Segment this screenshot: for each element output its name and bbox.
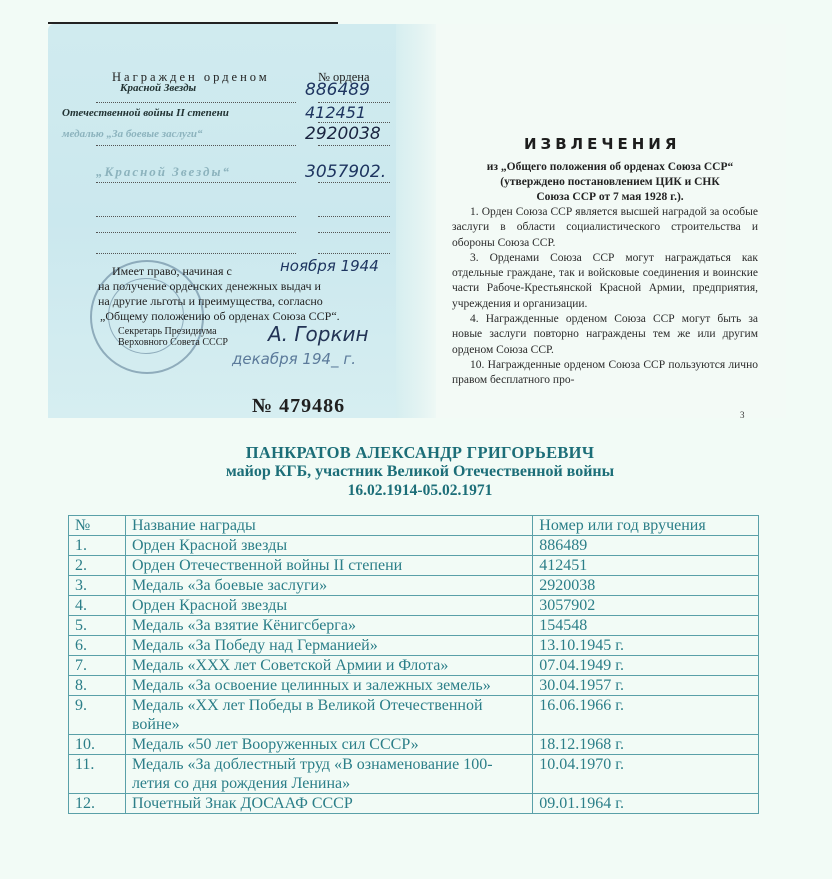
award-number-or-date: 30.04.1957 г. [533, 676, 759, 696]
issue-date-line: декабря 194_ г. [232, 350, 356, 368]
table-row: 12.Почетный Знак ДОСААФ СССР09.01.1964 г… [69, 794, 759, 814]
award-index: 9. [69, 696, 126, 735]
booklet-edge [48, 22, 338, 24]
award-index: 5. [69, 616, 126, 636]
award-index: 8. [69, 676, 126, 696]
entry-1-number: 886489 [305, 80, 370, 100]
header-number: № [69, 516, 126, 536]
table-header-row: № Название награды Номер или год вручени… [69, 516, 759, 536]
paragraph-4: 4. Награжденные орденом Союза ССР могут … [452, 312, 758, 358]
award-index: 11. [69, 755, 126, 794]
table-row: 5.Медаль «За взятие Кёнигсберга»154548 [69, 616, 759, 636]
award-name: Медаль «XXX лет Советской Армии и Флота» [125, 656, 532, 676]
table-row: 10.Медаль «50 лет Вооруженных сил СССР»1… [69, 735, 759, 755]
table-row: 7.Медаль «XXX лет Советской Армии и Флот… [69, 656, 759, 676]
table-row: 6.Медаль «За Победу над Германией»13.10.… [69, 636, 759, 656]
person-rank: майор КГБ, участник Великой Отечественно… [100, 462, 740, 481]
entry-3-name: медалью „За боевые заслуги“ [62, 128, 203, 140]
signer-line-1: Секретарь Президиума [118, 326, 217, 337]
award-number-or-date: 09.01.1964 г. [533, 794, 759, 814]
award-name: Медаль «За Победу над Германией» [125, 636, 532, 656]
award-number-or-date: 886489 [533, 536, 759, 556]
award-index: 4. [69, 596, 126, 616]
paragraph-10: 10. Награжденные орденом Союза ССР польз… [452, 358, 758, 389]
extract-body: 1. Орден Союза ССР является высшей награ… [452, 205, 758, 389]
award-name: Орден Красной звезды [125, 536, 532, 556]
booklet-spine [396, 24, 436, 418]
rights-date: ноября 1944 [280, 257, 379, 275]
subtitle-line-3: Союза ССР от 7 мая 1928 г.). [450, 190, 770, 205]
award-name: Почетный Знак ДОСААФ СССР [125, 794, 532, 814]
entry-3-number: 2920038 [305, 124, 381, 144]
award-name: Орден Красной звезды [125, 596, 532, 616]
award-index: 2. [69, 556, 126, 576]
table-row: 11.Медаль «За доблестный труд «В ознамен… [69, 755, 759, 794]
table-row: 9.Медаль «XX лет Победы в Великой Отечес… [69, 696, 759, 735]
signature: А. Горкин [268, 322, 369, 346]
header-award-name: Название награды [125, 516, 532, 536]
awards-table: № Название награды Номер или год вручени… [68, 515, 759, 814]
paragraph-3: 3. Орденами Союза ССР могут награждаться… [452, 251, 758, 312]
table-row: 2.Орден Отечественной войны II степени41… [69, 556, 759, 576]
award-index: 10. [69, 735, 126, 755]
award-name: Орден Отечественной войны II степени [125, 556, 532, 576]
award-name: Медаль «За освоение целинных и залежных … [125, 676, 532, 696]
person-dates: 16.02.1914-05.02.1971 [100, 481, 740, 500]
entry-1-name: Красной Звезды [120, 82, 196, 94]
entry-2-number: 412451 [305, 103, 366, 122]
document-number: № 479486 [252, 395, 345, 418]
paragraph-1: 1. Орден Союза ССР является высшей награ… [452, 205, 758, 251]
rights-text-2: на получение орденских денежных выдач и [98, 279, 321, 294]
subtitle-line-1: из „Общего положения об орденах Союза СС… [450, 160, 770, 175]
table-row: 1.Орден Красной звезды886489 [69, 536, 759, 556]
award-number-or-date: 07.04.1949 г. [533, 656, 759, 676]
rights-text-1: Имеет право, начиная с [112, 264, 232, 279]
subtitle-line-2: (утверждено постановлением ЦИК и СНК [450, 175, 770, 190]
award-number-or-date: 13.10.1945 г. [533, 636, 759, 656]
entry-4-number: 3057902. [305, 162, 386, 182]
award-name: Медаль «50 лет Вооруженных сил СССР» [125, 735, 532, 755]
award-index: 12. [69, 794, 126, 814]
award-number-or-date: 412451 [533, 556, 759, 576]
award-number-or-date: 154548 [533, 616, 759, 636]
award-number-or-date: 16.06.1966 г. [533, 696, 759, 735]
award-index: 1. [69, 536, 126, 556]
person-header: ПАНКРАТОВ АЛЕКСАНДР ГРИГОРЬЕВИЧ майор КГ… [100, 443, 740, 500]
award-number-or-date: 2920038 [533, 576, 759, 596]
award-name: Медаль «XX лет Победы в Великой Отечеств… [125, 696, 532, 735]
entry-2-name: Отечественной войны II степени [62, 107, 229, 119]
award-name: Медаль «За доблестный труд «В ознаменова… [125, 755, 532, 794]
signer-line-2: Верховного Совета СССР [118, 337, 228, 348]
award-name: Медаль «За взятие Кёнигсберга» [125, 616, 532, 636]
rights-text-3: на другие льготы и преимущества, согласн… [98, 294, 323, 309]
award-index: 7. [69, 656, 126, 676]
table-row: 8.Медаль «За освоение целинных и залежны… [69, 676, 759, 696]
person-name: ПАНКРАТОВ АЛЕКСАНДР ГРИГОРЬЕВИЧ [100, 443, 740, 462]
award-number-or-date: 3057902 [533, 596, 759, 616]
extract-title: ИЗВЛЕЧЕНИЯ [524, 135, 680, 153]
page-number: 3 [740, 410, 745, 420]
table-row: 3.Медаль «За боевые заслуги»2920038 [69, 576, 759, 596]
entry-4-name: „Красной Звезды“ [96, 164, 231, 180]
award-index: 6. [69, 636, 126, 656]
award-number-or-date: 10.04.1970 г. [533, 755, 759, 794]
award-number-or-date: 18.12.1968 г. [533, 735, 759, 755]
award-name: Медаль «За боевые заслуги» [125, 576, 532, 596]
award-index: 3. [69, 576, 126, 596]
header-number-or-year: Номер или год вручения [533, 516, 759, 536]
extract-subtitle: из „Общего положения об орденах Союза СС… [450, 160, 770, 205]
table-row: 4.Орден Красной звезды3057902 [69, 596, 759, 616]
